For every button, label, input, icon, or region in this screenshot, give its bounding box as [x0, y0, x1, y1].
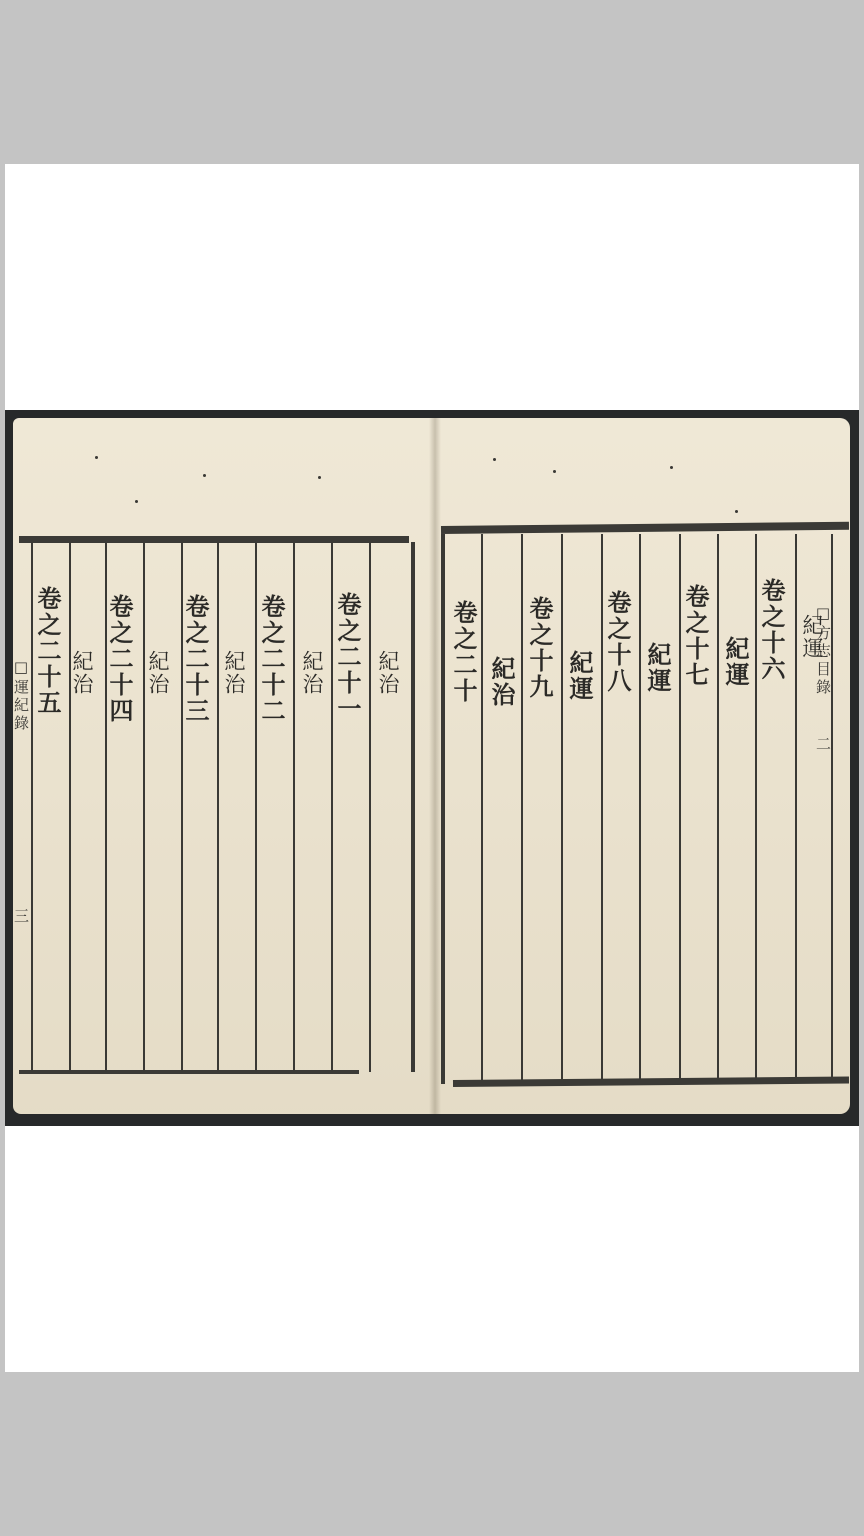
toc-juan: 卷之二十五	[35, 586, 59, 716]
toc-juan: 卷之十八	[605, 590, 629, 694]
left-page: □運紀錄 三 紀治 卷之二十一 紀治 卷之二十二 紀治 卷之二十三 紀治 卷之二…	[13, 418, 438, 1114]
toc-juan: 卷之二十一	[335, 592, 359, 722]
speck	[735, 510, 738, 513]
toc-title: 紀治	[223, 650, 244, 696]
column-rule	[717, 534, 719, 1080]
column-rule	[521, 534, 523, 1080]
toc-juan: 卷之十七	[683, 584, 707, 688]
margin-page-number: 二	[815, 736, 830, 754]
column-rule	[143, 542, 145, 1072]
speck	[670, 466, 673, 469]
column-rule	[561, 534, 563, 1080]
toc-title: 紀治	[71, 650, 92, 696]
column-rule	[369, 542, 371, 1072]
column-rule	[639, 534, 641, 1080]
toc-title: 紀治	[377, 650, 398, 696]
margin-label: □運紀錄	[13, 658, 28, 733]
column-rule	[217, 542, 219, 1072]
toc-juan: 卷之二十三	[183, 594, 207, 724]
toc-title: 紀治	[147, 650, 168, 696]
speck	[135, 500, 138, 503]
book-gutter	[429, 418, 441, 1114]
toc-title: 紀運	[567, 650, 591, 702]
toc-juan: 卷之二十四	[107, 594, 131, 724]
margin-page-number: 三	[13, 908, 28, 926]
speck	[318, 476, 321, 479]
speck	[553, 470, 556, 473]
toc-juan: 卷之二十	[451, 600, 475, 704]
speck	[493, 458, 496, 461]
toc-title: 紀運	[645, 642, 669, 694]
outer-frame-rule	[441, 534, 445, 1084]
column-rule	[293, 542, 295, 1072]
column-rule	[795, 534, 797, 1080]
toc-juan: 卷之十九	[527, 596, 551, 700]
top-border-rule	[441, 522, 849, 534]
right-page: □方志目錄 二 紀運 卷之十六 紀運 卷之十七 紀運 卷之十八 紀運 卷之十九 …	[435, 418, 850, 1114]
speck	[203, 474, 206, 477]
column-rule	[69, 542, 71, 1072]
bottom-border-rule	[453, 1077, 849, 1087]
toc-title: 紀運	[723, 636, 747, 688]
top-border-rule	[19, 536, 409, 543]
book-scan: □運紀錄 三 紀治 卷之二十一 紀治 卷之二十二 紀治 卷之二十三 紀治 卷之二…	[5, 410, 859, 1126]
toc-juan: 卷之十六	[759, 578, 783, 682]
toc-title: 紀治	[489, 656, 513, 708]
toc-juan: 卷之二十二	[259, 594, 283, 724]
outer-frame-rule	[411, 542, 415, 1072]
column-rule	[481, 534, 483, 1080]
toc-title: 紀運	[801, 614, 822, 660]
speck	[95, 456, 98, 459]
toc-title: 紀治	[301, 650, 322, 696]
